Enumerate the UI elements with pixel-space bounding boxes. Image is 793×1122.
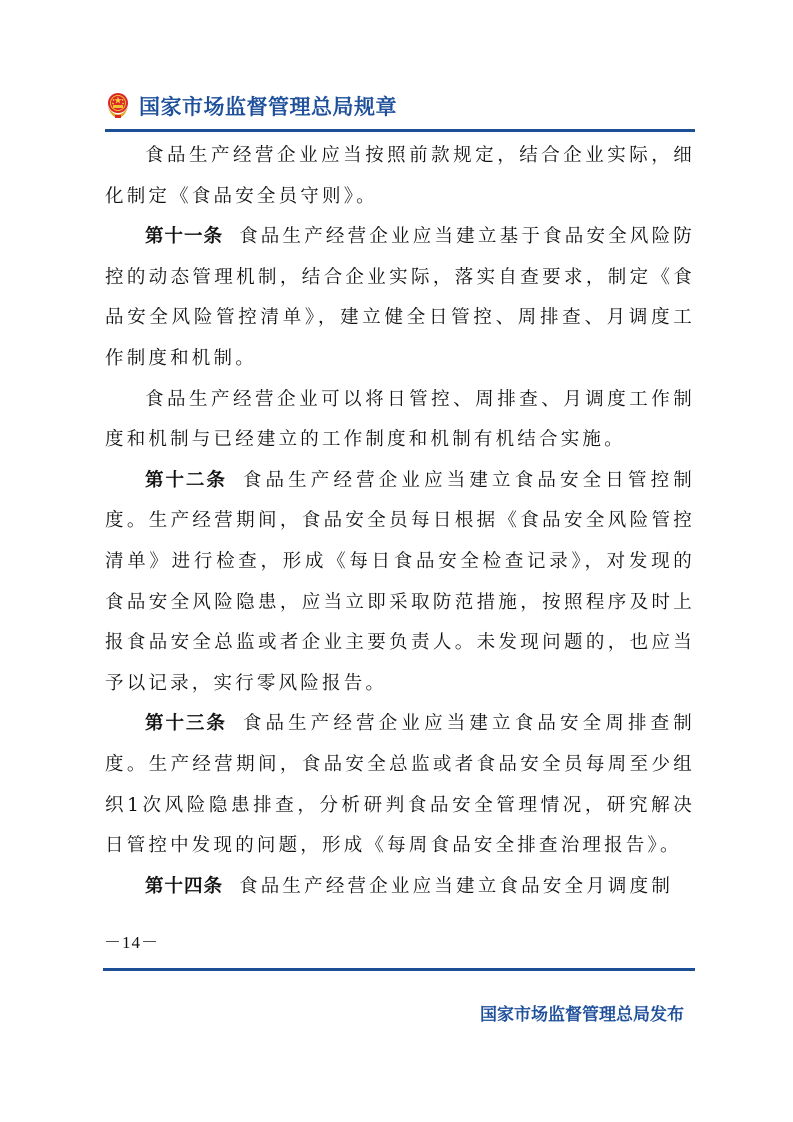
- paragraph: 食品生产经营企业应当按照前款规定，结合企业实际，细化制定《食品安全员守则》。: [105, 136, 695, 217]
- article-paragraph: 第十四条食品生产经营企业应当建立食品安全月调度制: [105, 867, 695, 908]
- paragraph-text: 食品生产经营企业应当建立基于食品安全风险防控的动态管理机制，结合企业实际，落实自…: [105, 226, 695, 369]
- header-rule: [105, 129, 695, 132]
- footer-rule: [103, 968, 695, 971]
- document-body: 食品生产经营企业应当按照前款规定，结合企业实际，细化制定《食品安全员守则》。 第…: [105, 136, 695, 907]
- article-label: 第十三条: [145, 713, 227, 734]
- paragraph-text: 食品生产经营企业应当建立食品安全日管控制度。生产经营期间，食品安全员每日根据《食…: [105, 470, 695, 694]
- article-label: 第十四条: [145, 876, 223, 897]
- header-title: 国家市场监督管理总局规章: [139, 91, 397, 121]
- paragraph-text: 食品生产经营企业应当按照前款规定，结合企业实际，细化制定《食品安全员守则》。: [105, 145, 695, 207]
- article-label: 第十二条: [145, 470, 227, 491]
- paragraph-text: 食品生产经营企业应当建立食品安全月调度制: [239, 876, 673, 897]
- page-header: 国家市场监督管理总局规章: [103, 88, 397, 124]
- article-paragraph: 第十一条食品生产经营企业应当建立基于食品安全风险防控的动态管理机制，结合企业实际…: [105, 217, 695, 379]
- footer-publisher: 国家市场监督管理总局发布: [384, 1000, 684, 1025]
- article-paragraph: 第十三条食品生产经营企业应当建立食品安全周排查制度。生产经营期间，食品安全总监或…: [105, 704, 695, 866]
- page-number: －14－: [104, 928, 159, 953]
- national-emblem-icon: [103, 91, 133, 121]
- article-paragraph: 第十二条食品生产经营企业应当建立食品安全日管控制度。生产经营期间，食品安全员每日…: [105, 461, 695, 705]
- paragraph-text: 食品生产经营企业可以将日管控、周排查、月调度工作制度和机制与已经建立的工作制度和…: [105, 389, 695, 451]
- article-label: 第十一条: [145, 226, 223, 247]
- paragraph: 食品生产经营企业可以将日管控、周排查、月调度工作制度和机制与已经建立的工作制度和…: [105, 380, 695, 461]
- paragraph-text: 食品生产经营企业应当建立食品安全周排查制度。生产经营期间，食品安全总监或者食品安…: [105, 713, 695, 856]
